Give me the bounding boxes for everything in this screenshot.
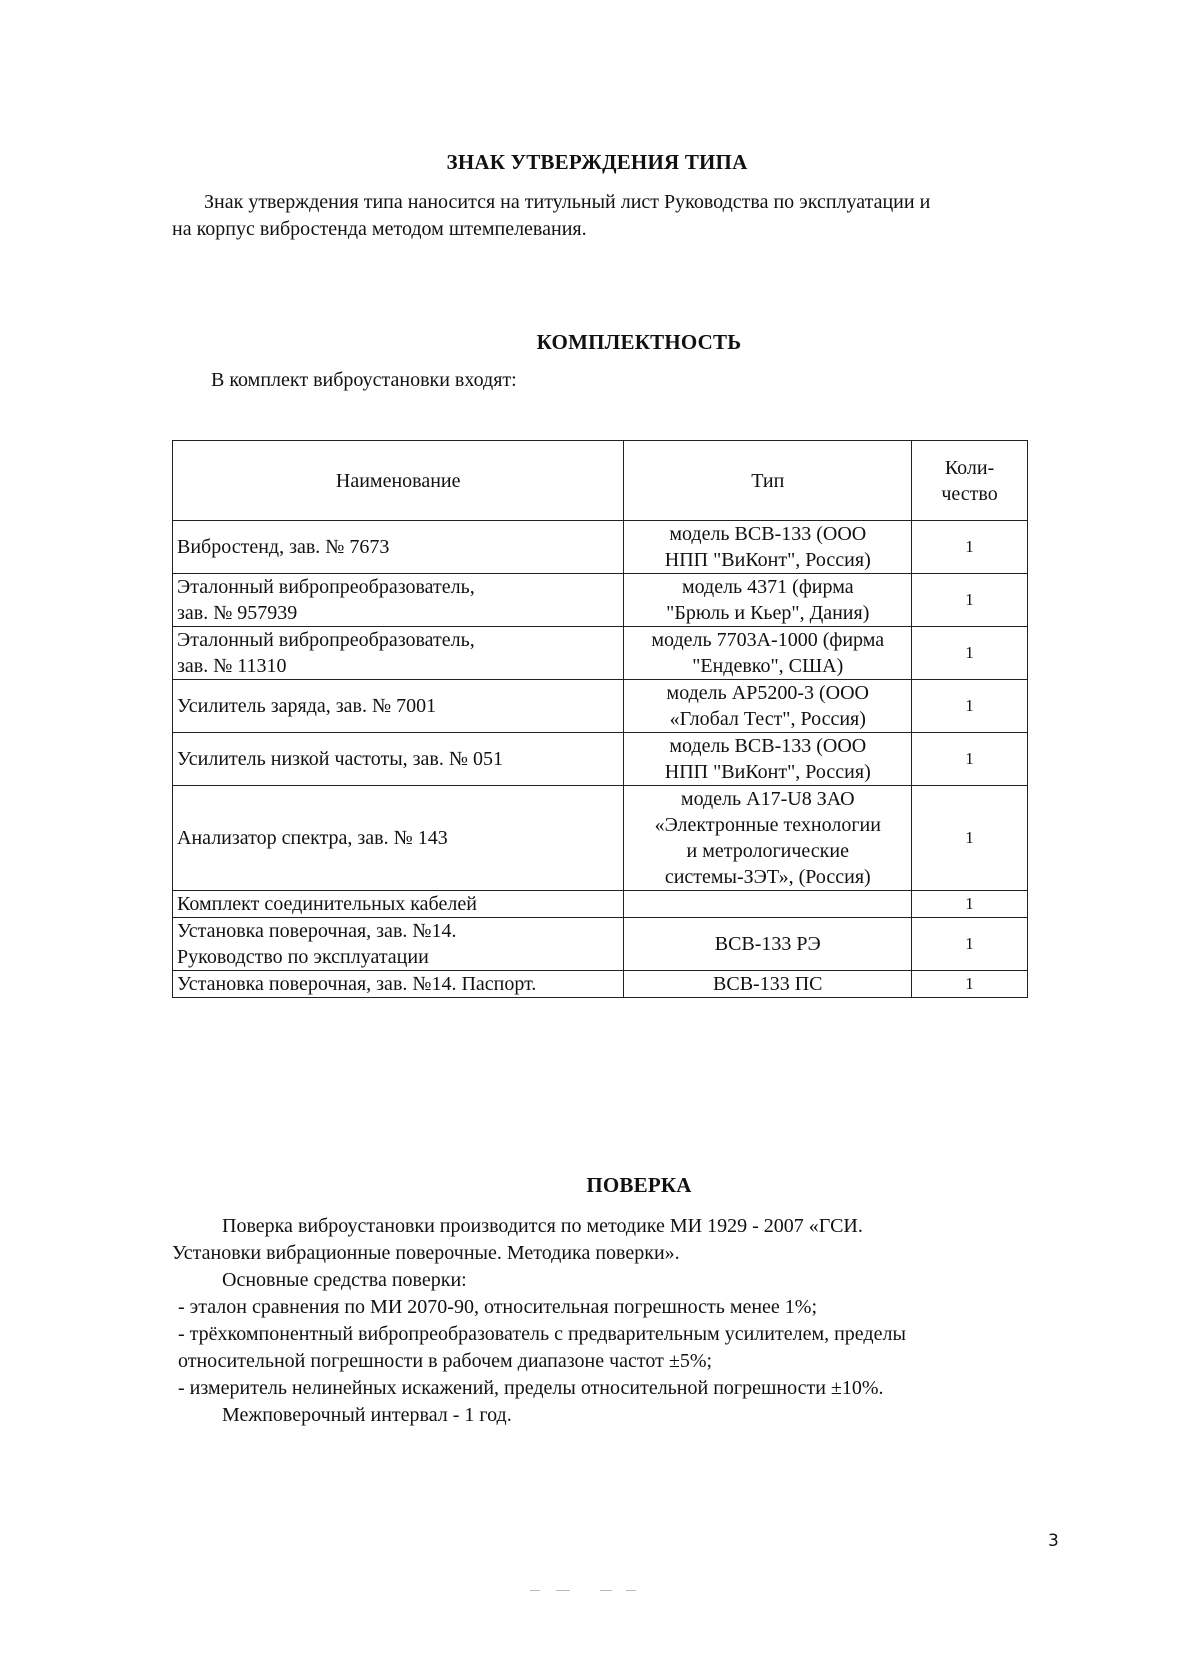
cell-name-line: зав. № 11310: [177, 653, 619, 679]
scan-artifact: [600, 1590, 612, 1591]
cell-type: модель ВСВ-133 (ОООНПП "ВиКонт", Россия): [624, 521, 912, 574]
cell-name-line: Эталонный вибропреобразователь,: [177, 627, 619, 653]
verification-bullet-2-cont: относительной погрешности в рабочем диап…: [178, 1348, 712, 1375]
cell-name-line: Эталонный вибропреобразователь,: [177, 574, 619, 600]
table-header-row: Наименование Тип Коли- чество: [173, 441, 1028, 521]
cell-name-line: Комплект соединительных кабелей: [177, 891, 619, 917]
header-qty: Коли- чество: [912, 441, 1028, 521]
cell-name: Анализатор спектра, зав. № 143: [173, 786, 624, 891]
header-qty-line-1: Коли-: [916, 455, 1023, 481]
cell-type-line: модель ВСВ-133 (ООО: [628, 733, 907, 759]
table-row: Усилитель заряда, зав. № 7001модель АР52…: [173, 680, 1028, 733]
completeness-intro: В комплект виброустановки входят:: [211, 367, 517, 394]
cell-qty: 1: [912, 627, 1028, 680]
header-qty-line-2: чество: [916, 481, 1023, 507]
verification-line-1: Поверка виброустановки производится по м…: [222, 1213, 863, 1240]
scan-artifact: [530, 1590, 540, 1591]
table-body: Вибростенд, зав. № 7673модель ВСВ-133 (О…: [173, 521, 1028, 998]
table-row: Усилитель низкой частоты, зав. № 051моде…: [173, 733, 1028, 786]
table-row: Анализатор спектра, зав. № 143модель А17…: [173, 786, 1028, 891]
cell-type-line: модель 4371 (фирма: [628, 574, 907, 600]
cell-type-line: модель ВСВ-133 (ООО: [628, 521, 907, 547]
cell-name: Комплект соединительных кабелей: [173, 891, 624, 918]
cell-name: Эталонный вибропреобразователь,зав. № 11…: [173, 627, 624, 680]
cell-type: ВСВ-133 ПС: [624, 971, 912, 998]
cell-type: модель ВСВ-133 (ОООНПП "ВиКонт", Россия): [624, 733, 912, 786]
verification-bullet-3: - измеритель нелинейных искажений, преде…: [178, 1375, 884, 1402]
approval-mark-text-line-1: Знак утверждения типа наносится на титул…: [204, 189, 930, 216]
cell-name-line: Вибростенд, зав. № 7673: [177, 534, 619, 560]
cell-type-line: "Брюль и Кьер", Дания): [628, 600, 907, 626]
section-title-approval-mark: ЗНАК УТВЕРЖДЕНИЯ ТИПА: [0, 150, 1194, 175]
table-row: Комплект соединительных кабелей1: [173, 891, 1028, 918]
cell-qty: 1: [912, 971, 1028, 998]
table-row: Эталонный вибропреобразователь,зав. № 95…: [173, 574, 1028, 627]
cell-type: модель 7703А-1000 (фирма"Ендевко", США): [624, 627, 912, 680]
cell-type-line: модель 7703А-1000 (фирма: [628, 627, 907, 653]
cell-qty: 1: [912, 574, 1028, 627]
cell-type-line: НПП "ВиКонт", Россия): [628, 759, 907, 785]
cell-type-line: модель АР5200-3 (ООО: [628, 680, 907, 706]
verification-line-3: Основные средства поверки:: [222, 1267, 467, 1294]
cell-qty: 1: [912, 733, 1028, 786]
cell-qty: 1: [912, 521, 1028, 574]
cell-type-line: «Глобал Тест", Россия): [628, 706, 907, 732]
cell-type-line: НПП "ВиКонт", Россия): [628, 547, 907, 573]
cell-name: Усилитель низкой частоты, зав. № 051: [173, 733, 624, 786]
table-row: Установка поверочная, зав. №14.Руководст…: [173, 918, 1028, 971]
approval-mark-text-line-2: на корпус вибростенда методом штемпелева…: [172, 216, 587, 243]
cell-name-line: Установка поверочная, зав. №14. Паспорт.: [177, 971, 619, 997]
cell-name-line: Усилитель заряда, зав. № 7001: [177, 693, 619, 719]
section-title-verification: ПОВЕРКА: [0, 1173, 1194, 1198]
cell-name: Эталонный вибропреобразователь,зав. № 95…: [173, 574, 624, 627]
cell-type: модель 4371 (фирма"Брюль и Кьер", Дания): [624, 574, 912, 627]
cell-qty: 1: [912, 891, 1028, 918]
cell-type-line: ВСВ-133 ПС: [628, 971, 907, 997]
cell-name-line: Руководство по эксплуатации: [177, 944, 619, 970]
scan-artifact: [556, 1590, 570, 1591]
document-page: ЗНАК УТВЕРЖДЕНИЯ ТИПА Знак утверждения т…: [0, 0, 1194, 1668]
cell-name-line: зав. № 957939: [177, 600, 619, 626]
cell-type: ВСВ-133 РЭ: [624, 918, 912, 971]
cell-type-line: модель А17-U8 ЗАО: [628, 786, 907, 812]
verification-line-2: Установки вибрационные поверочные. Метод…: [172, 1240, 680, 1267]
cell-type: модель АР5200-3 (ООО«Глобал Тест", Росси…: [624, 680, 912, 733]
cell-name: Установка поверочная, зав. №14. Паспорт.: [173, 971, 624, 998]
cell-type-line: «Электронные технологии: [628, 812, 907, 838]
cell-type-line: "Ендевко", США): [628, 653, 907, 679]
verification-interval: Межповерочный интервал - 1 год.: [222, 1402, 512, 1429]
scan-artifact: [626, 1590, 636, 1591]
cell-qty: 1: [912, 918, 1028, 971]
table-row: Эталонный вибропреобразователь,зав. № 11…: [173, 627, 1028, 680]
cell-qty: 1: [912, 680, 1028, 733]
cell-name-line: Установка поверочная, зав. №14.: [177, 918, 619, 944]
table-row: Установка поверочная, зав. №14. Паспорт.…: [173, 971, 1028, 998]
cell-type: [624, 891, 912, 918]
cell-name-line: Усилитель низкой частоты, зав. № 051: [177, 746, 619, 772]
table-row: Вибростенд, зав. № 7673модель ВСВ-133 (О…: [173, 521, 1028, 574]
cell-name-line: Анализатор спектра, зав. № 143: [177, 825, 619, 851]
cell-name: Вибростенд, зав. № 7673: [173, 521, 624, 574]
header-name: Наименование: [173, 441, 624, 521]
cell-type-line: и метрологические: [628, 838, 907, 864]
cell-type: модель А17-U8 ЗАО«Электронные технологии…: [624, 786, 912, 891]
cell-type-line: системы-ЗЭТ», (Россия): [628, 864, 907, 890]
cell-qty: 1: [912, 786, 1028, 891]
completeness-table: Наименование Тип Коли- чество Вибростенд…: [172, 440, 1028, 998]
page-number: 3: [1048, 1531, 1059, 1551]
cell-type-line: ВСВ-133 РЭ: [628, 931, 907, 957]
verification-bullet-1: - эталон сравнения по МИ 2070-90, относи…: [178, 1294, 817, 1321]
cell-name: Усилитель заряда, зав. № 7001: [173, 680, 624, 733]
cell-name: Установка поверочная, зав. №14.Руководст…: [173, 918, 624, 971]
header-type: Тип: [624, 441, 912, 521]
section-title-completeness: КОМПЛЕКТНОСТЬ: [0, 330, 1194, 355]
verification-bullet-2: - трёхкомпонентный вибропреобразователь …: [178, 1321, 906, 1348]
